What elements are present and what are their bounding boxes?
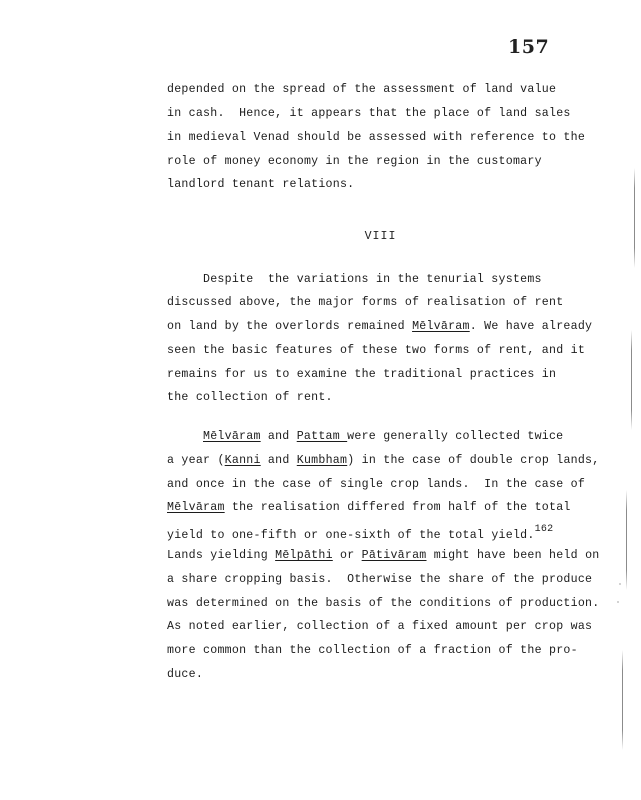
scan-speck — [617, 601, 619, 603]
footnote-marker: 162 — [535, 524, 554, 535]
paragraph-1-line-1: depended on the spread of the assessment… — [167, 83, 556, 97]
paragraph-3-line-5: yield to one-fifth or one-sixth of the t… — [167, 525, 553, 543]
term-melvaram: Mēlvāram — [203, 430, 261, 443]
scan-artifact-line — [634, 168, 635, 268]
page-number: 157 — [508, 36, 549, 58]
text: a year ( — [167, 454, 225, 467]
text: on land by the overlords remained — [167, 320, 412, 333]
term-pativaram: Pātivāram — [362, 549, 427, 562]
section-heading: VIII — [0, 230, 641, 243]
text: the realisation differed from half of th… — [225, 501, 571, 514]
scan-speck — [619, 583, 621, 585]
paragraph-2-line-3: on land by the overlords remained Mēlvār… — [167, 320, 592, 334]
paragraph-3-line-2: a year (Kanni and Kumbham) in the case o… — [167, 454, 599, 468]
text: were generally collected twice — [347, 430, 563, 443]
text: . We have already — [470, 320, 593, 333]
paragraph-2-line-6: the collection of rent. — [167, 391, 333, 405]
text: Lands yielding — [167, 549, 275, 562]
paragraph-3-line-11: duce. — [167, 668, 203, 682]
text: yield to one-fifth or one-sixth of the t… — [167, 529, 535, 542]
text: and — [261, 430, 297, 443]
scan-artifact-line — [622, 650, 623, 750]
paragraph-3-line-7: a share cropping basis. Otherwise the sh… — [167, 573, 592, 587]
term-melvaram: Mēlvāram — [167, 501, 225, 514]
paragraph-1-line-5: landlord tenant relations. — [167, 178, 354, 192]
paragraph-1-line-4: role of money economy in the region in t… — [167, 155, 542, 169]
paragraph-3-line-9: As noted earlier, collection of a fixed … — [167, 620, 592, 634]
paragraph-3-line-1: Mēlvāram and Pattam were generally colle… — [203, 430, 563, 444]
paragraph-3-line-8: was determined on the basis of the condi… — [167, 597, 599, 611]
paragraph-2-line-5: remains for us to examine the traditiona… — [167, 368, 556, 382]
term-kanni: Kanni — [225, 454, 261, 467]
term-melvaram: Mēlvāram — [412, 320, 470, 333]
paragraph-2-line-2: discussed above, the major forms of real… — [167, 296, 563, 310]
paragraph-1-line-3: in medieval Venad should be assessed wit… — [167, 131, 585, 145]
text: might have been held on — [427, 549, 600, 562]
paragraph-3-line-3: and once in the case of single crop land… — [167, 478, 585, 492]
term-kumbham: Kumbham — [297, 454, 347, 467]
paragraph-3-line-6: Lands yielding Mēlpāthi or Pātivāram mig… — [167, 549, 600, 563]
paragraph-1-line-2: in cash. Hence, it appears that the plac… — [167, 107, 571, 121]
text: ) in the case of double crop lands, — [347, 454, 599, 467]
paragraph-2-line-4: seen the basic features of these two for… — [167, 344, 585, 358]
paragraph-2-line-1: Despite the variations in the tenurial s… — [203, 273, 542, 287]
scan-artifact-line — [626, 490, 627, 590]
term-melpathi: Mēlpāthi — [275, 549, 333, 562]
text: or — [333, 549, 362, 562]
text: and — [261, 454, 297, 467]
paragraph-3-line-10: more common than the collection of a fra… — [167, 644, 578, 658]
paragraph-3-line-4: Mēlvāram the realisation differed from h… — [167, 501, 571, 515]
scan-artifact-line — [631, 330, 632, 430]
term-pattam: Pattam — [297, 430, 347, 443]
